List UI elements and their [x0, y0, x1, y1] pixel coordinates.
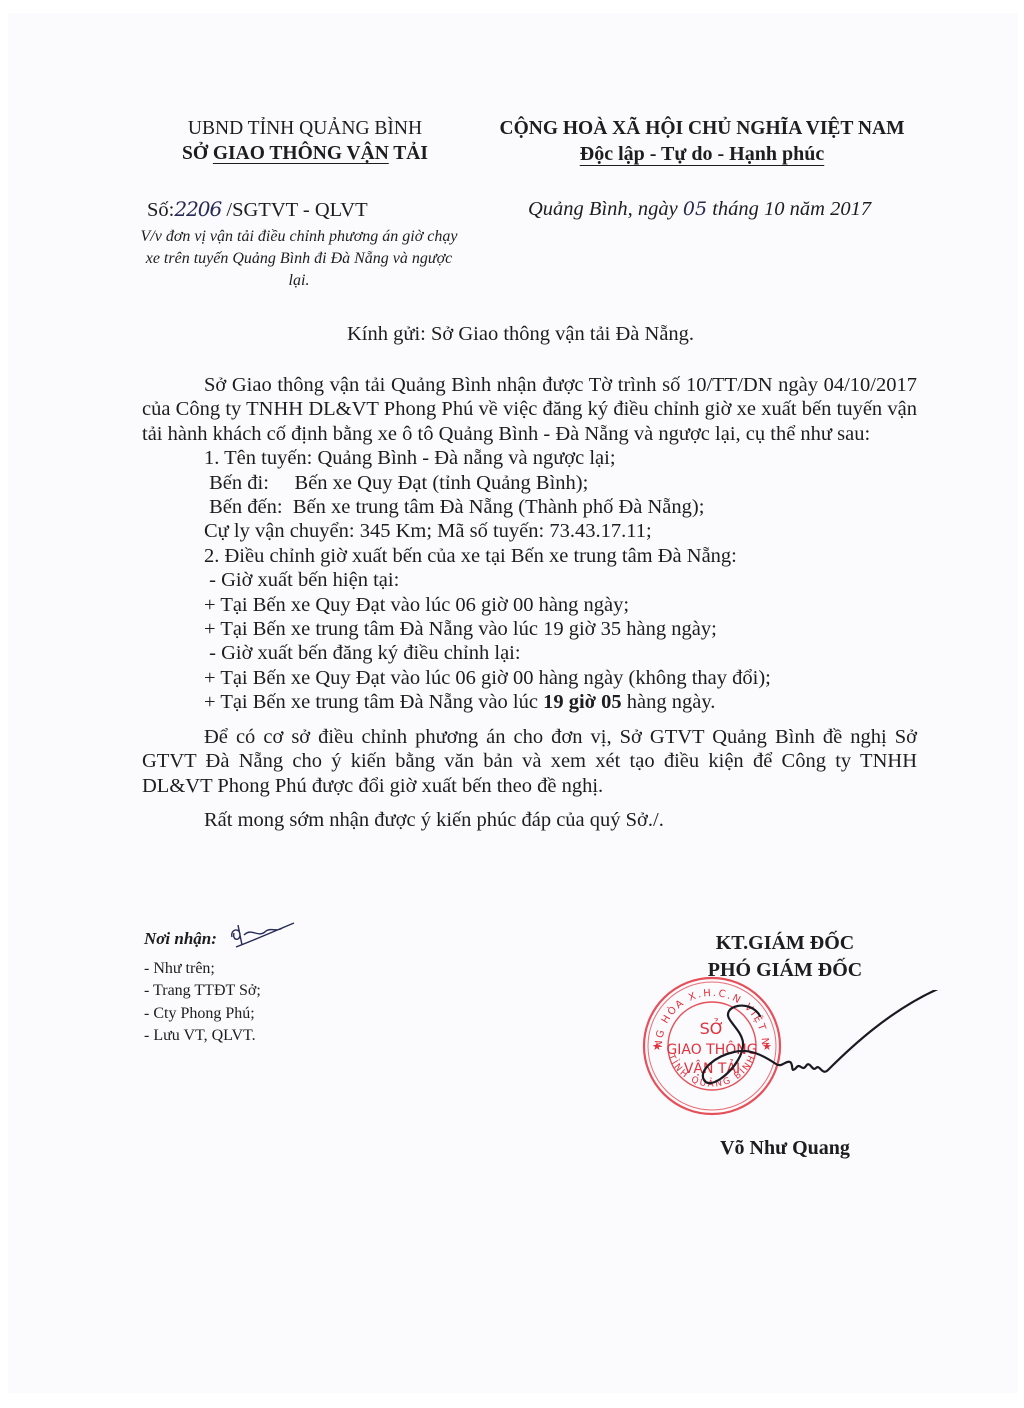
- list-item: + Tại Bến xe trung tâm Đà Nẵng vào lúc 1…: [204, 690, 917, 714]
- recipients-list: - Như trên; - Trang TTĐT Sở; - Cty Phong…: [144, 958, 261, 1048]
- addressee: Kính gửi: Sở Giao thông vận tải Đà Nẵng.: [347, 323, 694, 346]
- recipient-item: - Cty Phong Phú;: [144, 1003, 261, 1025]
- signer-name: Võ Như Quang: [640, 1137, 930, 1160]
- list-item: - Giờ xuất bến đăng ký điều chỉnh lại:: [204, 641, 917, 665]
- document-number: Số:2206 /SGTVT - QLVT: [147, 197, 368, 222]
- list-item: 2. Điều chỉnh giờ xuất bến của xe tại Bế…: [204, 544, 917, 568]
- list-item: - Giờ xuất bến hiện tại:: [204, 568, 917, 592]
- details-list: 1. Tên tuyến: Quảng Bình - Đà nẵng và ng…: [142, 446, 917, 714]
- list-item: Bến đi: Bến xe Quy Đạt (tỉnh Quảng Bình)…: [204, 471, 917, 495]
- svg-text:★: ★: [652, 1040, 662, 1053]
- handwritten-signature-icon: [690, 990, 950, 1110]
- national-title: CỘNG HOÀ XÃ HỘI CHỦ NGHĨA VIỆT NAM: [470, 118, 934, 140]
- recipient-item: - Lưu VT, QLVT.: [144, 1025, 261, 1047]
- recipient-item: - Như trên;: [144, 958, 261, 980]
- intro-paragraph: Sở Giao thông vận tải Quảng Bình nhận đư…: [142, 373, 917, 446]
- place-date: Quảng Bình, ngày 05 tháng 10 năm 2017: [528, 198, 871, 221]
- closing-paragraph: Rất mong sớm nhận được ý kiến phúc đáp c…: [142, 808, 917, 832]
- list-item: Cự ly vận chuyển: 345 Km; Mã số tuyến: 7…: [204, 519, 917, 543]
- list-item: + Tại Bến xe Quy Đạt vào lúc 06 giờ 00 h…: [204, 593, 917, 617]
- national-motto: Độc lập - Tự do - Hạnh phúc: [470, 143, 934, 166]
- recipient-item: - Trang TTĐT Sở;: [144, 980, 261, 1002]
- letter-body: Sở Giao thông vận tải Quảng Bình nhận đư…: [142, 373, 917, 832]
- agency-parent: UBND TỈNH QUẢNG BÌNH: [140, 118, 470, 140]
- recipients-label: Nơi nhận:: [144, 929, 217, 949]
- list-item: Bến đến: Bến xe trung tâm Đà Nẵng (Thành…: [204, 495, 917, 519]
- agency-name: SỞ GIAO THÔNG VẬN TẢI: [140, 143, 470, 165]
- initials-signature-icon: [228, 917, 298, 951]
- request-paragraph: Để có cơ sở điều chỉnh phương án cho đơn…: [142, 725, 917, 798]
- list-item: 1. Tên tuyến: Quảng Bình - Đà nẵng và ng…: [204, 446, 917, 470]
- list-item: + Tại Bến xe trung tâm Đà Nẵng vào lúc 1…: [204, 617, 917, 641]
- handwritten-number: 2206: [174, 197, 221, 221]
- handwritten-day: 05: [683, 198, 707, 220]
- document-subject: V/v đơn vị vận tải điều chỉnh phương án …: [140, 226, 458, 292]
- list-item: + Tại Bến xe Quy Đạt vào lúc 06 giờ 00 h…: [204, 666, 917, 690]
